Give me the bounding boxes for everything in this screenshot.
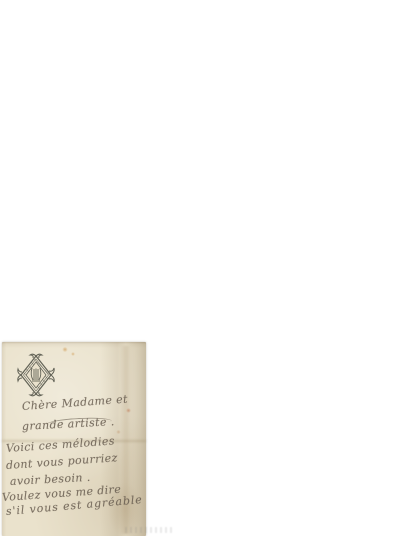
foxing-stain <box>116 430 121 434</box>
foxing-stain <box>71 352 75 356</box>
letter-paper: Chère Madame et grande artiste . Voici c… <box>2 342 146 536</box>
faint-pencil-marks <box>125 527 175 533</box>
foxing-stain <box>126 408 131 413</box>
foxing-stain <box>62 347 68 352</box>
handwriting-line: dont vous pourriez <box>6 451 119 472</box>
scanned-letter-page: Chère Madame et grande artiste . Voici c… <box>0 0 400 536</box>
diamond-lyre-monogram-icon <box>17 352 55 398</box>
